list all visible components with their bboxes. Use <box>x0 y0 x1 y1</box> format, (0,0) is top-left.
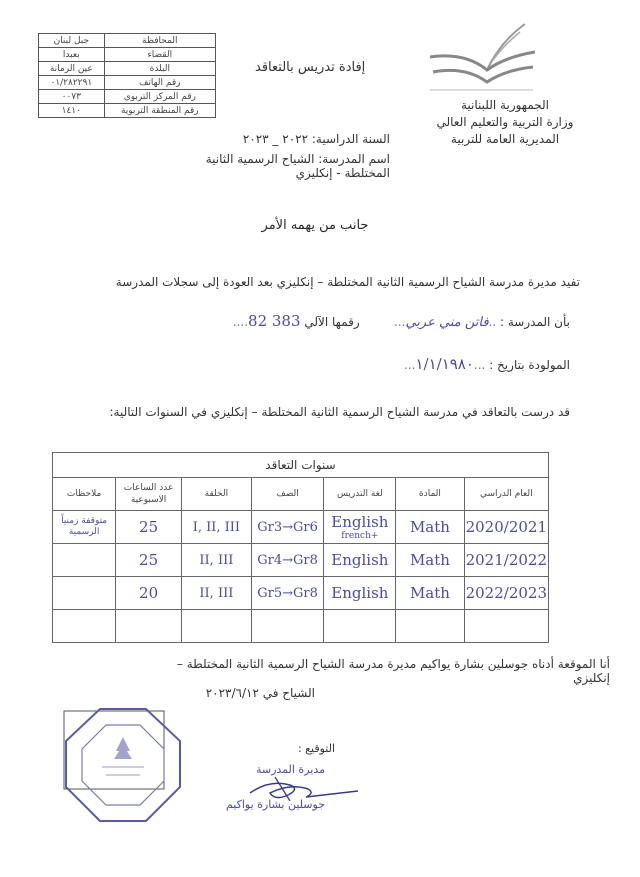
info-label: البلدة <box>104 62 215 76</box>
info-label: القضاء <box>104 48 215 62</box>
col-hours: عدد الساعات الاسبوعية <box>116 478 182 511</box>
info-value: عين الرمانة <box>39 62 105 76</box>
table-row: 2020/2021 Math English +french Gr3→Gr6 I… <box>53 511 549 544</box>
info-row: رقم الهاتف ٠١/٢٨٢٢٩١ <box>39 76 216 90</box>
cell-language: English <box>324 544 396 577</box>
cell-language <box>324 610 396 643</box>
col-grade: الصف <box>251 478 324 511</box>
year-value: ٢٠٢٢ _ ٢٠٢٣ <box>243 132 308 146</box>
number-value: 82 383 <box>248 312 301 330</box>
cell-subject: Math <box>396 511 464 544</box>
cell-year: 2020/2021 <box>464 511 548 544</box>
birth-date-line: المولودة بتاريخ : ...١/١/١٩٨٠... <box>100 355 570 373</box>
teacher-line: بأن المدرسة : ..فاتن مني عربي... رقمها ا… <box>100 312 570 330</box>
cell-subject <box>396 610 464 643</box>
intro-line: تفيد مديرة مدرسة الشياح الرسمية الثانية … <box>60 275 580 289</box>
cell-cycle: I, II, III <box>181 511 251 544</box>
cell-subject: Math <box>396 577 464 610</box>
cell-hours <box>116 610 182 643</box>
cell-notes: متوقفة زمنياً الرسمية <box>53 511 116 544</box>
info-row: القضاء بعبدا <box>39 48 216 62</box>
declaration-line: أنا الموقعة أدناه جوسلين بشارة يواكيم مد… <box>150 657 610 685</box>
republic-label: الجمهورية اللبنانية <box>420 97 590 114</box>
cell-year: 2021/2022 <box>464 544 548 577</box>
cell-hours: 20 <box>116 577 182 610</box>
col-notes: ملاحظات <box>53 478 116 511</box>
signature-name: جوسلين بشارة يواكيم <box>200 798 325 811</box>
col-language: لغة التدريس <box>324 478 396 511</box>
to-whom-heading: جانب من يهمه الأمر <box>215 218 415 233</box>
cell-subject: Math <box>396 544 464 577</box>
col-subject: المادة <box>396 478 464 511</box>
cell-year <box>464 610 548 643</box>
school-info-table: المحافظة جبل لبنان القضاء بعبدا البلدة ع… <box>38 33 216 118</box>
col-cycle: الحلقة <box>181 478 251 511</box>
info-value: بعبدا <box>39 48 105 62</box>
cell-grade: Gr4→Gr8 <box>251 544 324 577</box>
contract-years-table: سنوات التعاقد العام الدراسي المادة لغة ا… <box>52 452 549 643</box>
school-name-line: اسم المدرسة: الشياح الرسمية الثانية المخ… <box>205 152 390 180</box>
info-value: ٠١/٢٨٢٢٩١ <box>39 76 105 90</box>
cell-notes <box>53 544 116 577</box>
ministry-logo-icon <box>425 22 535 92</box>
info-label: رقم المنطقة التربوية <box>104 104 215 118</box>
signature-label: التوقيع : <box>255 742 335 755</box>
cell-cycle: II, III <box>181 577 251 610</box>
cell-cycle: II, III <box>181 544 251 577</box>
birth-value: ١/١/١٩٨٠ <box>415 355 473 373</box>
cell-language: English <box>324 577 396 610</box>
cell-language: English +french <box>324 511 396 544</box>
cell-notes <box>53 577 116 610</box>
cell-hours: 25 <box>116 511 182 544</box>
table-caption: سنوات التعاقد <box>53 453 549 478</box>
cell-grade <box>251 610 324 643</box>
info-label: المحافظة <box>104 34 215 48</box>
directorate-label: المديرية العامة للتربية <box>420 131 590 148</box>
cell-grade: Gr3→Gr6 <box>251 511 324 544</box>
table-row: 2021/2022 Math English Gr4→Gr8 II, III 2… <box>53 544 549 577</box>
place-date-line: الشياح في ٢٠٢٣/٦/١٢ <box>150 686 315 700</box>
birth-label: المولودة بتاريخ : <box>489 358 570 372</box>
cell-cycle <box>181 610 251 643</box>
cell-notes <box>53 610 116 643</box>
info-label: رقم الهاتف <box>104 76 215 90</box>
year-label: السنة الدراسية: <box>312 132 390 146</box>
info-value: جبل لبنان <box>39 34 105 48</box>
teacher-name: فاتن مني عربي <box>405 315 488 330</box>
taught-line: قد درست بالتعاقد في مدرسة الشياح الرسمية… <box>60 405 570 419</box>
ministry-header: الجمهورية اللبنانية وزارة التربية والتعل… <box>420 97 590 148</box>
number-label: رقمها الآلي <box>304 315 359 329</box>
info-label: رقم المركز التربوي <box>104 90 215 104</box>
table-header-row: العام الدراسي المادة لغة التدريس الصف ال… <box>53 478 549 511</box>
document-title: إفادة تدريس بالتعاقد <box>255 60 365 75</box>
info-row: رقم المركز التربوي ٠٠٧٣ <box>39 90 216 104</box>
language-value: English <box>325 513 394 531</box>
col-year: العام الدراسي <box>464 478 548 511</box>
table-row-empty <box>53 610 549 643</box>
cell-hours: 25 <box>116 544 182 577</box>
academic-year-line: السنة الدراسية: ٢٠٢٢ _ ٢٠٢٣ <box>200 132 390 146</box>
info-value: ١٤١٠ <box>39 104 105 118</box>
info-value: ٠٠٧٣ <box>39 90 105 104</box>
teacher-label: بأن المدرسة : <box>500 315 570 329</box>
cell-year: 2022/2023 <box>464 577 548 610</box>
cell-grade: Gr5→Gr8 <box>251 577 324 610</box>
language-note: +french <box>325 531 394 542</box>
info-row: البلدة عين الرمانة <box>39 62 216 76</box>
official-stamp-icon <box>62 707 184 825</box>
info-row: المحافظة جبل لبنان <box>39 34 216 48</box>
info-row: رقم المنطقة التربوية ١٤١٠ <box>39 104 216 118</box>
school-label: اسم المدرسة: <box>318 152 390 166</box>
table-row: 2022/2023 Math English Gr5→Gr8 II, III 2… <box>53 577 549 610</box>
ministry-label: وزارة التربية والتعليم العالي <box>420 114 590 131</box>
